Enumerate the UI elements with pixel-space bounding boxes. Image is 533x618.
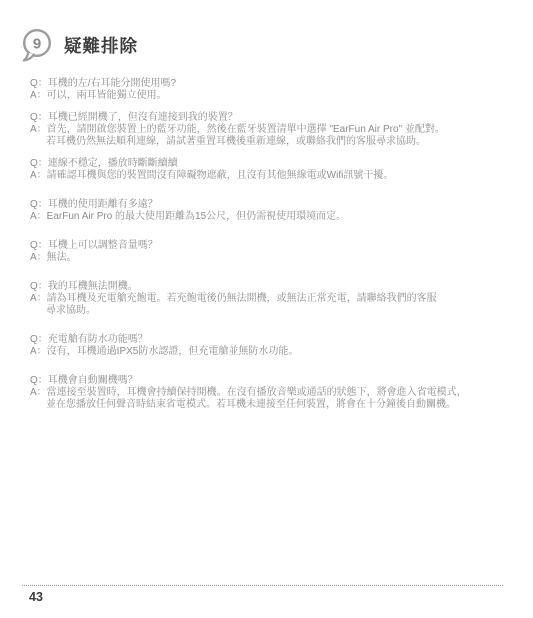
question-line: Q：耳機的左/右耳能分開使用嗎? (30, 78, 515, 90)
answer-line: A：沒有，耳機通過IPX5防水認證，但充電艙並無防水功能。 (30, 346, 515, 358)
question-line: Q：充電艙有防水功能嗎？ (30, 334, 515, 346)
page-number: 43 (29, 590, 43, 604)
section-header: 9 疑難排除 (19, 27, 138, 63)
answer-line: A：首先，請開啟您裝置上的藍牙功能，然後在藍牙裝置清單中選擇 "EarFun A… (30, 124, 515, 136)
question-line: Q：耳機上可以調整音量嗎？ (30, 240, 515, 252)
qa-block: Q：耳機已經開機了，但沒有連接到我的裝置？ A：首先，請開啟您裝置上的藍牙功能，… (30, 112, 515, 148)
section-number: 9 (33, 35, 41, 52)
qa-list: Q：耳機的左/右耳能分開使用嗎? A：可以，兩耳皆能獨立使用。 Q：耳機已經開機… (30, 78, 515, 428)
answer-line-cont: 若耳機仍然無法順利連線，請試著重置耳機後重新連線，或聯絡我們的客服尋求協助。 (30, 136, 515, 148)
answer-line: A：請為耳機及充電艙充飽電。若充飽電後仍無法開機，或無法正常充電，請聯絡我們的客… (30, 293, 515, 305)
question-line: Q：連線不穩定，播放時斷斷續續 (30, 158, 515, 170)
qa-block: Q：耳機的左/右耳能分開使用嗎? A：可以，兩耳皆能獨立使用。 (30, 78, 515, 102)
answer-line: A：當連接至裝置時，耳機會持續保持開機。在沒有播放音樂或通話的狀態下，將會進入省… (30, 387, 515, 399)
answer-line: A：請確認耳機與您的裝置間沒有障礙物遮蔽，且沒有其他無線電或Wifi訊號干擾。 (30, 170, 515, 182)
qa-block: Q：耳機上可以調整音量嗎？ A：無法。 (30, 240, 515, 264)
qa-block: Q：連線不穩定，播放時斷斷續續 A：請確認耳機與您的裝置間沒有障礙物遮蔽，且沒有… (30, 158, 515, 182)
answer-line: A：可以，兩耳皆能獨立使用。 (30, 90, 515, 102)
answer-line-cont: 尋求協助。 (30, 305, 515, 317)
manual-page: 9 疑難排除 Q：耳機的左/右耳能分開使用嗎? A：可以，兩耳皆能獨立使用。 Q… (0, 0, 533, 618)
answer-line: A：EarFun Air Pro 的最大使用距離為15公尺，但仍需視使用環境而定… (30, 211, 515, 223)
answer-line: A：無法。 (30, 252, 515, 264)
qa-block: Q：耳機的使用距離有多遠？ A：EarFun Air Pro 的最大使用距離為1… (30, 199, 515, 223)
question-line: Q：耳機的使用距離有多遠？ (30, 199, 515, 211)
question-line: Q：耳機已經開機了，但沒有連接到我的裝置？ (30, 112, 515, 124)
answer-line-cont: 並在您播放任何聲音時結束省電模式。若耳機未連接至任何裝置，將會在十分鐘後自動關機… (30, 399, 515, 411)
question-line: Q：耳機會自動關機嗎？ (30, 375, 515, 387)
qa-block: Q：充電艙有防水功能嗎？ A：沒有，耳機通過IPX5防水認證，但充電艙並無防水功… (30, 334, 515, 358)
question-line: Q：我的耳機無法開機。 (30, 281, 515, 293)
section-title: 疑難排除 (64, 33, 138, 58)
qa-block: Q：耳機會自動關機嗎？ A：當連接至裝置時，耳機會持續保持開機。在沒有播放音樂或… (30, 375, 515, 411)
speech-bubble-number-icon: 9 (19, 27, 55, 63)
footer-dotted-divider (22, 585, 503, 586)
qa-block: Q：我的耳機無法開機。 A：請為耳機及充電艙充飽電。若充飽電後仍無法開機，或無法… (30, 281, 515, 317)
